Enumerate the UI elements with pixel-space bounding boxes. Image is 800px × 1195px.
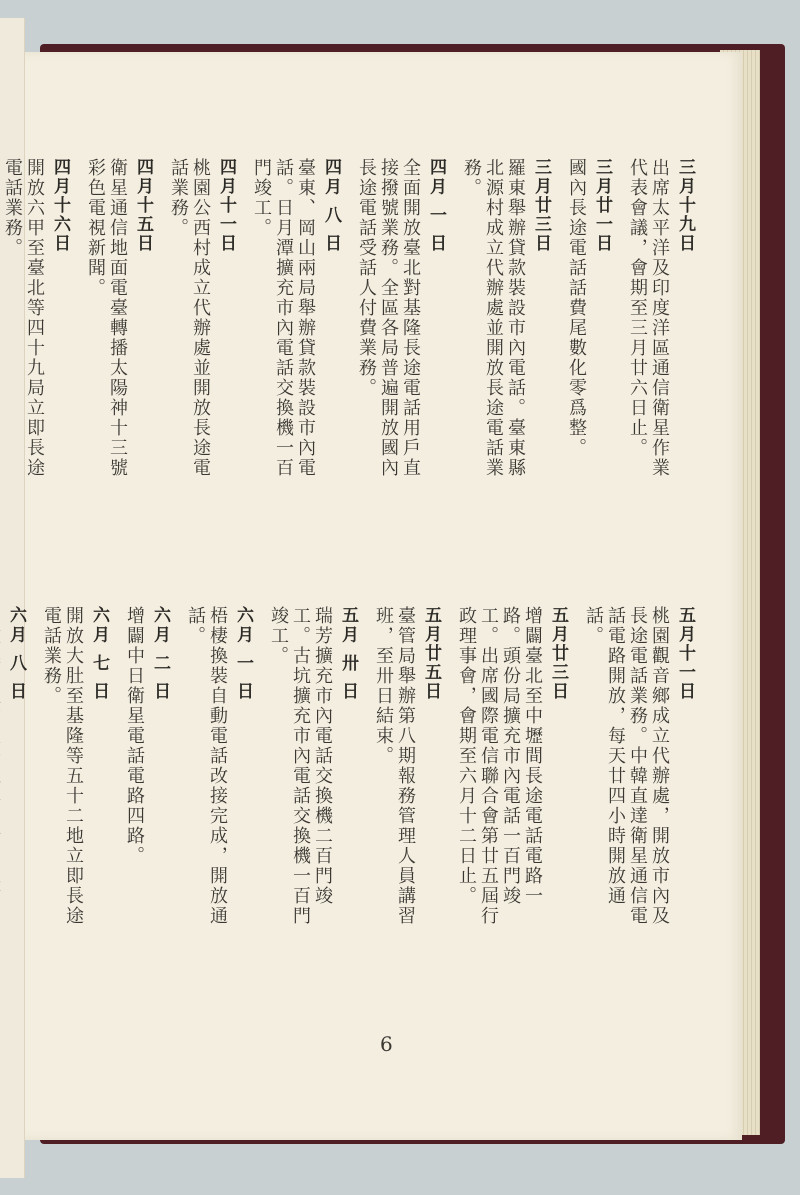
chronology-entry: 四月 八 日臺東、岡山兩局舉辦貸款裝設市內電話。日月潭擴充市內電話交換機一百門竣… bbox=[250, 158, 341, 588]
chronology-entry: 四月十一日桃園公西村成立代辦處並開放長途電話業務。 bbox=[167, 158, 236, 588]
entry-text: 開放大肚至基隆等五十二地立即長途電話業務。 bbox=[40, 606, 84, 936]
chronology-entry: 四月十六日開放六甲至臺北等四十九局立即長途電話業務。 bbox=[1, 158, 70, 588]
entry-date: 四月十五日 bbox=[132, 158, 153, 252]
entry-date: 三月廿三日 bbox=[530, 158, 551, 252]
entry-date: 四月 一 日 bbox=[425, 158, 446, 252]
entry-date: 六月 一 日 bbox=[232, 606, 253, 700]
chronology-entry: 三月廿三日羅東舉辦貸款裝設市內電話。臺東縣北源村成立代辦處並開放長途電話業務。 bbox=[460, 158, 551, 588]
entry-date: 六月 七 日 bbox=[88, 606, 109, 700]
chronology-entry: 四月 一 日全面開放臺北對基隆長途電話用戶直接撥號業務。全區各局普遍開放國內長途… bbox=[355, 158, 446, 588]
chronology-entry: 三月廿一日國內長途電話話費尾數化零爲整。 bbox=[565, 158, 612, 588]
entry-text: 出席太平洋及印度洋區通信衛星作業代表會議，會期至三月廿六日止。 bbox=[626, 158, 670, 488]
entry-date: 五月 卅 日 bbox=[337, 606, 358, 700]
entry-text: 桃園公西村成立代辦處並開放長途電話業務。 bbox=[167, 158, 211, 488]
bottom-tier: 五月十一日桃園觀音鄉成立代辦處，開放市內及長途電話業務。中韓直達衛星通信電話電路… bbox=[0, 606, 695, 1026]
entry-text: 國內長途電話話費尾數化零爲整。 bbox=[565, 158, 587, 488]
entry-date: 六月 二 日 bbox=[149, 606, 170, 700]
entry-text: 桃園觀音鄉成立代辦處，開放市內及長途電話業務。中韓直達衛星通信電話電路開放，每天… bbox=[582, 606, 670, 936]
chronology-entry: 五月 卅 日瑞芳擴充市內電話交換機二百門竣工。古坑擴充市內電話交換機一百門竣工。 bbox=[267, 606, 358, 1026]
entry-date: 五月十一日 bbox=[674, 606, 695, 700]
entry-date: 四月 八 日 bbox=[320, 158, 341, 252]
entry-text: 梧棲換裝自動電話改接完成，開放通話。 bbox=[184, 606, 228, 936]
entry-text: 衛星通信地面電臺轉播太陽神十三號彩色電視新聞。 bbox=[84, 158, 128, 488]
chronology-entry: 六月 二 日增闢中日衛星電話電路四路。 bbox=[123, 606, 170, 1026]
entry-text: 臺東、岡山兩局舉辦貸款裝設市內電話。日月潭擴充市內電話交換機一百門竣工。 bbox=[250, 158, 316, 488]
entry-text: 瑞芳擴充市內電話交換機二百門竣工。古坑擴充市內電話交換機一百門竣工。 bbox=[267, 606, 333, 936]
entry-text: 全面開放臺北對基隆長途電話用戶直接撥號業務。全區各局普遍開放國內長途電話受話人付… bbox=[355, 158, 421, 488]
entry-text: 羅東舉辦貸款裝設市內電話。臺東縣北源村成立代辦處並開放長途電話業務。 bbox=[460, 158, 526, 488]
entry-date: 三月廿一日 bbox=[591, 158, 612, 252]
chronology-entry: 六月 一 日梧棲換裝自動電話改接完成，開放通話。 bbox=[184, 606, 253, 1026]
entry-text: 臺管局舉辦第八期報務管理人員講習班，至卅日結束。 bbox=[372, 606, 416, 936]
entry-date: 三月十九日 bbox=[674, 158, 695, 252]
entry-text: 增闢中日衛星電話電路四路。 bbox=[123, 606, 145, 936]
top-tier: 三月十九日出席太平洋及印度洋區通信衛星作業代表會議，會期至三月廿六日止。三月廿一… bbox=[0, 158, 695, 588]
chronology-entry: 五月廿三日增闢臺北至中壢間長途電話電路一路。頭份局擴充市內電話一百門竣工。出席國… bbox=[455, 606, 568, 1026]
chronology-entry: 五月廿五日臺管局舉辦第八期報務管理人員講習班，至卅日結束。 bbox=[372, 606, 441, 1026]
chronology-entry: 六月 八 日開放美國紐約至臺北單向新聞通信電路。 bbox=[0, 606, 26, 1026]
entry-date: 四月十一日 bbox=[215, 158, 236, 252]
entry-text: 增闢臺北至中壢間長途電話電路一路。頭份局擴充市內電話一百門竣工。出席國際電信聯合… bbox=[455, 606, 543, 936]
entry-date: 五月廿五日 bbox=[420, 606, 441, 700]
page-number: 6 bbox=[380, 1032, 393, 1056]
chronology-entry: 四月十五日衛星通信地面電臺轉播太陽神十三號彩色電視新聞。 bbox=[84, 158, 153, 588]
chronology-entry: 五月十一日桃園觀音鄉成立代辦處，開放市內及長途電話業務。中韓直達衛星通信電話電路… bbox=[582, 606, 695, 1026]
chronology-entry: 六月 七 日開放大肚至基隆等五十二地立即長途電話業務。 bbox=[40, 606, 109, 1026]
entry-text: 開放六甲至臺北等四十九局立即長途電話業務。 bbox=[1, 158, 45, 488]
entry-date: 四月十六日 bbox=[49, 158, 70, 252]
chronology-entry: 三月十九日出席太平洋及印度洋區通信衛星作業代表會議，會期至三月廿六日止。 bbox=[626, 158, 695, 588]
entry-date: 五月廿三日 bbox=[547, 606, 568, 700]
entry-date: 六月 八 日 bbox=[5, 606, 26, 700]
entry-text: 開放美國紐約至臺北單向新聞通信電路。 bbox=[0, 606, 1, 936]
